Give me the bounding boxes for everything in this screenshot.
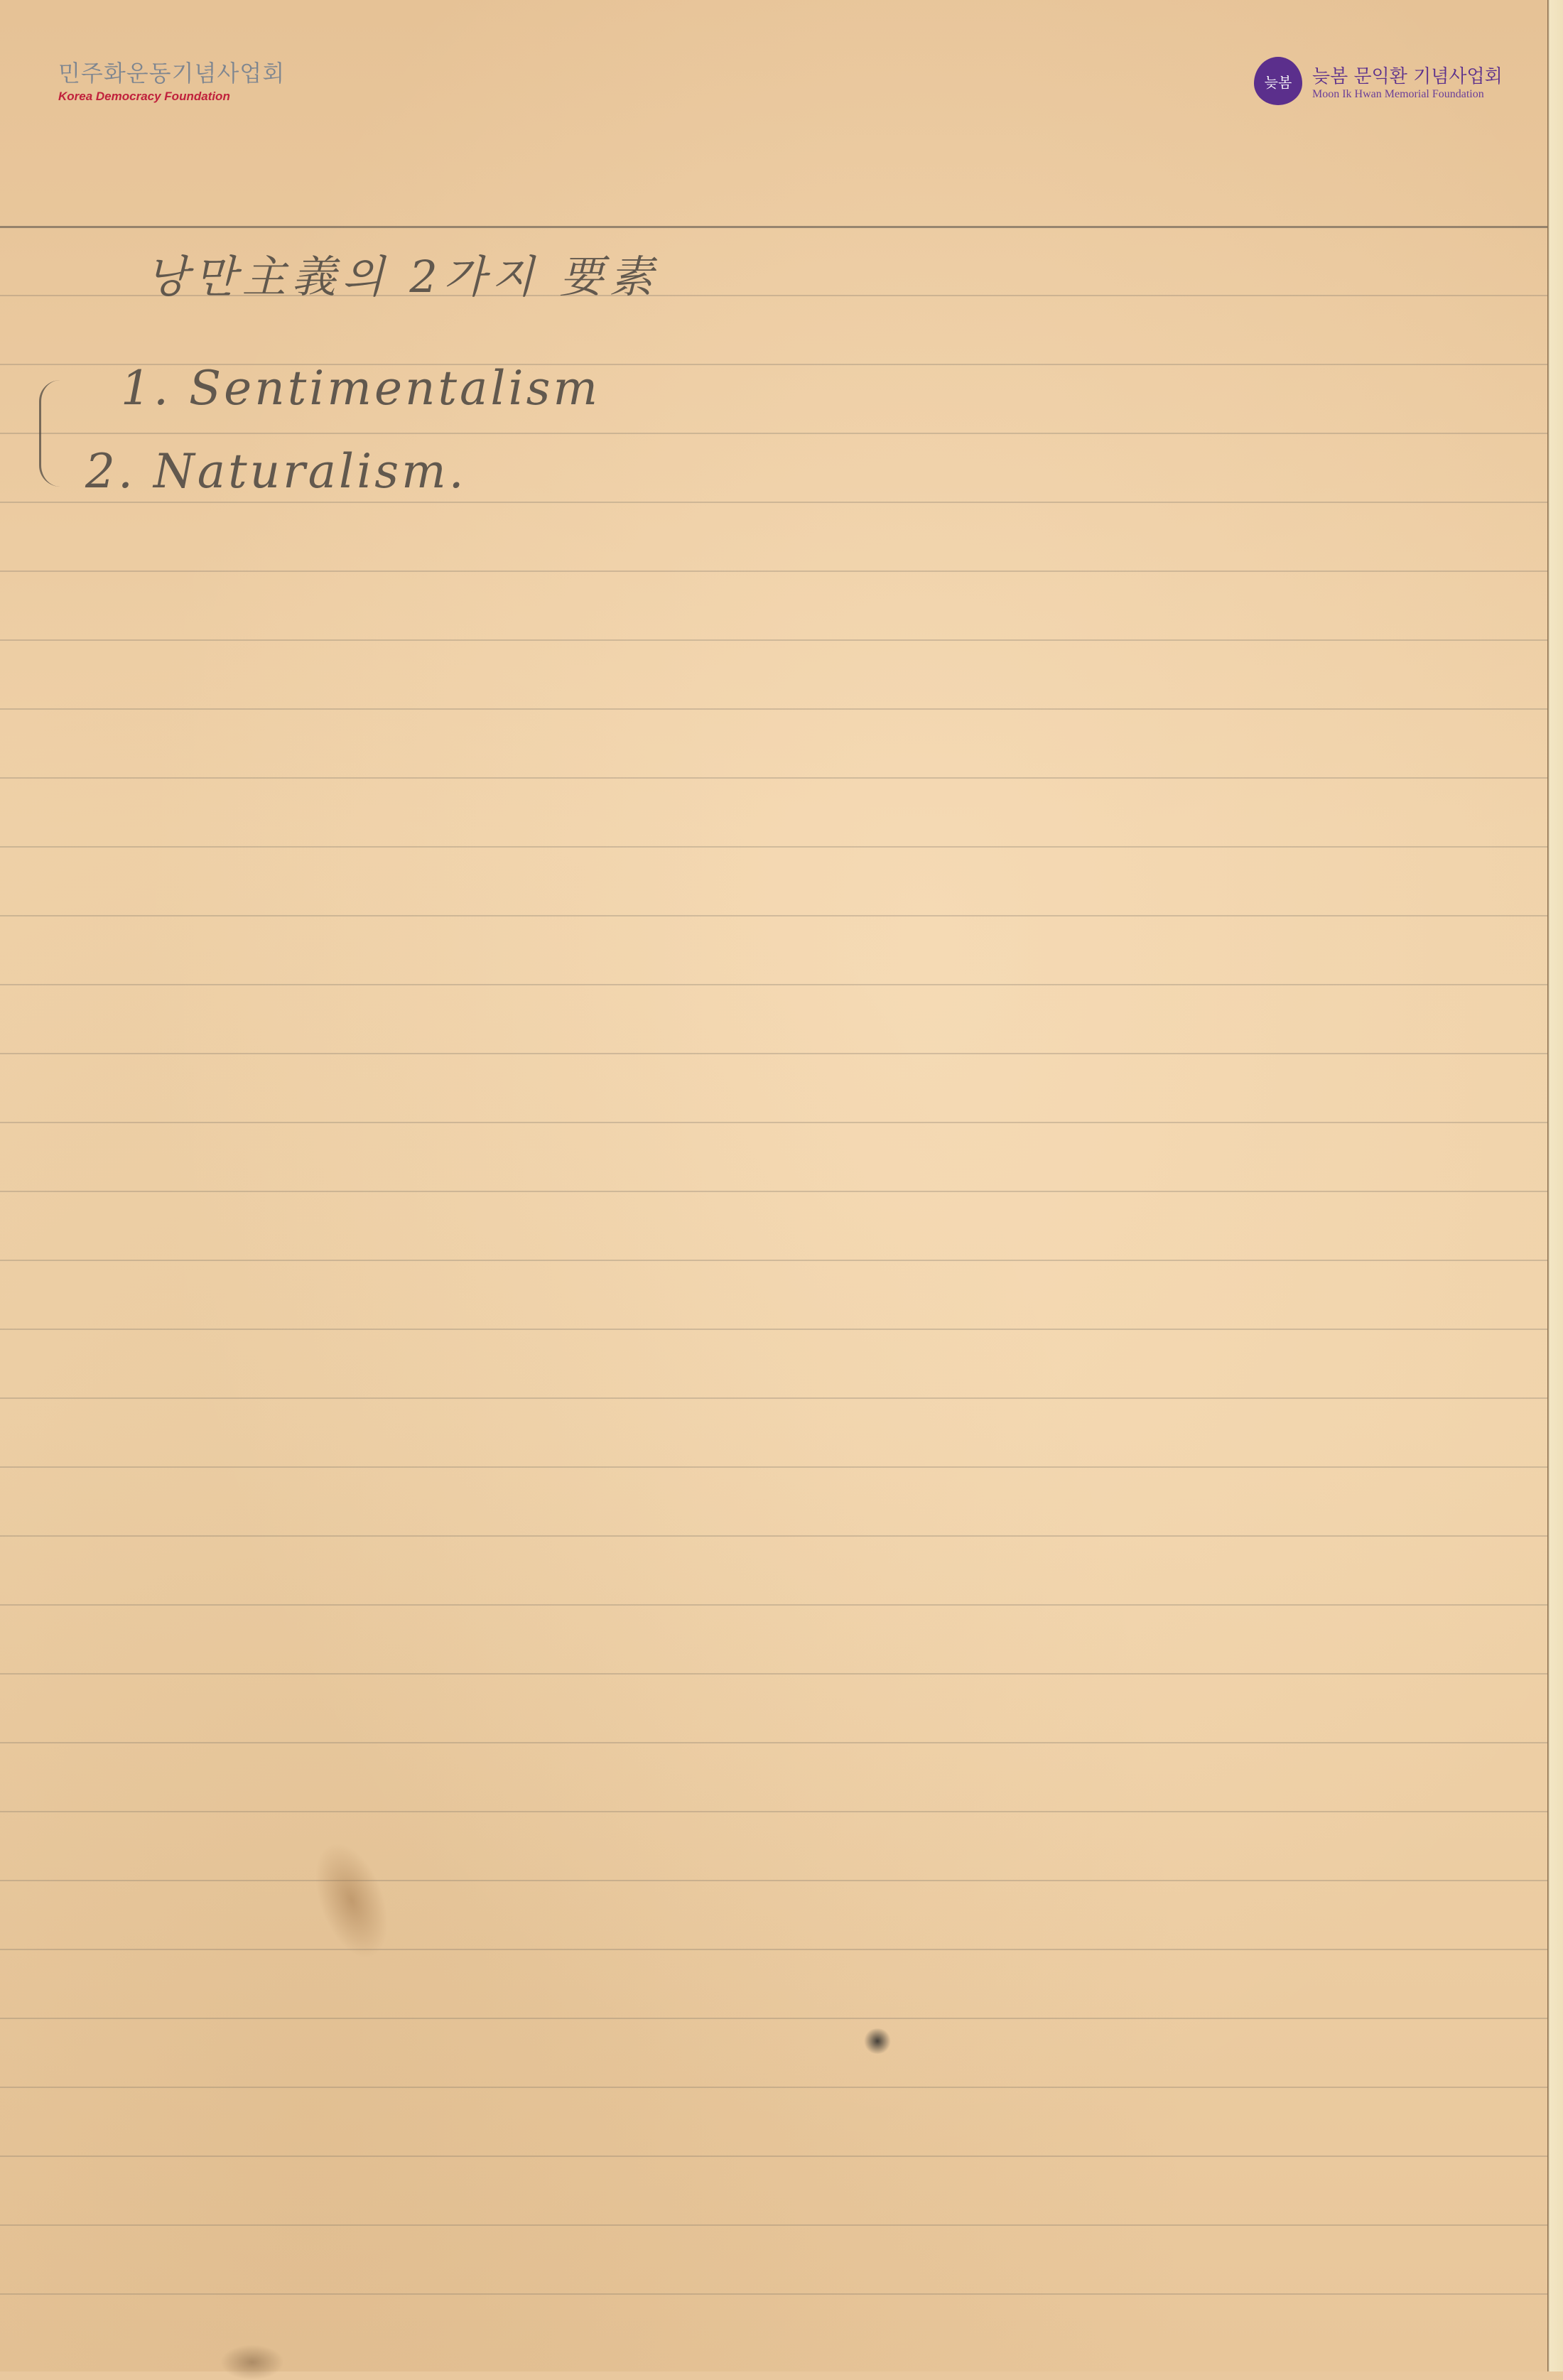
ruled-line [0,1811,1547,1812]
ruled-line [0,639,1547,641]
ruled-line [0,915,1547,916]
seal-icon: 늦봄 [1254,57,1302,105]
bracket-mark [39,380,70,487]
ruled-line [0,1742,1547,1743]
page-edge [1547,0,1563,2371]
ruled-line [0,1466,1547,1468]
notebook-page [0,0,1547,2371]
ruled-line [0,2155,1547,2157]
ruled-line [0,2018,1547,2019]
ruled-line [0,1673,1547,1675]
item-number: 2. [85,444,136,499]
ruled-line [0,1397,1547,1399]
logo-english-text: Moon Ik Hwan Memorial Foundation [1312,88,1503,101]
moon-ik-hwan-foundation-logo: 늦봄 늦봄 문익환 기념사업회 Moon Ik Hwan Memorial Fo… [1254,57,1503,105]
ruled-line [0,708,1547,710]
ruled-line [0,2293,1547,2295]
ruled-line [0,1191,1547,1192]
ruled-line [0,1053,1547,1054]
ruled-line [0,1122,1547,1123]
ruled-line [0,1260,1547,1261]
item-text: Sentimentalism [189,361,600,416]
ruled-line [0,777,1547,779]
ink-blot [863,2028,892,2054]
ruled-line [0,2224,1547,2226]
ruled-line [0,433,1547,434]
manuscript-title: 낭만主義의 2가지 要素 [146,242,659,305]
list-item: 1. Sentimentalism [121,361,600,416]
list-item: 2. Naturalism. [85,444,467,499]
logo-korean-text: 늦봄 문익환 기념사업회 [1312,62,1503,88]
item-number: 1. [121,361,171,416]
item-text: Naturalism. [153,444,467,499]
ruled-line [0,570,1547,572]
ruled-line [0,1949,1547,1950]
ruled-line [0,1329,1547,1330]
ruled-line [0,846,1547,848]
ruled-line [0,2087,1547,2088]
logo-english-text: Korea Democracy Foundation [58,90,285,104]
logo-korean-text: 민주화운동기념사업회 [58,55,285,88]
ruled-line [0,1535,1547,1537]
ruled-line [0,1880,1547,1881]
korea-democracy-foundation-logo: 민주화운동기념사업회 Korea Democracy Foundation [58,55,285,104]
ruled-line [0,1604,1547,1606]
ruled-line [0,502,1547,503]
header-rule [0,226,1547,228]
ruled-line [0,984,1547,985]
